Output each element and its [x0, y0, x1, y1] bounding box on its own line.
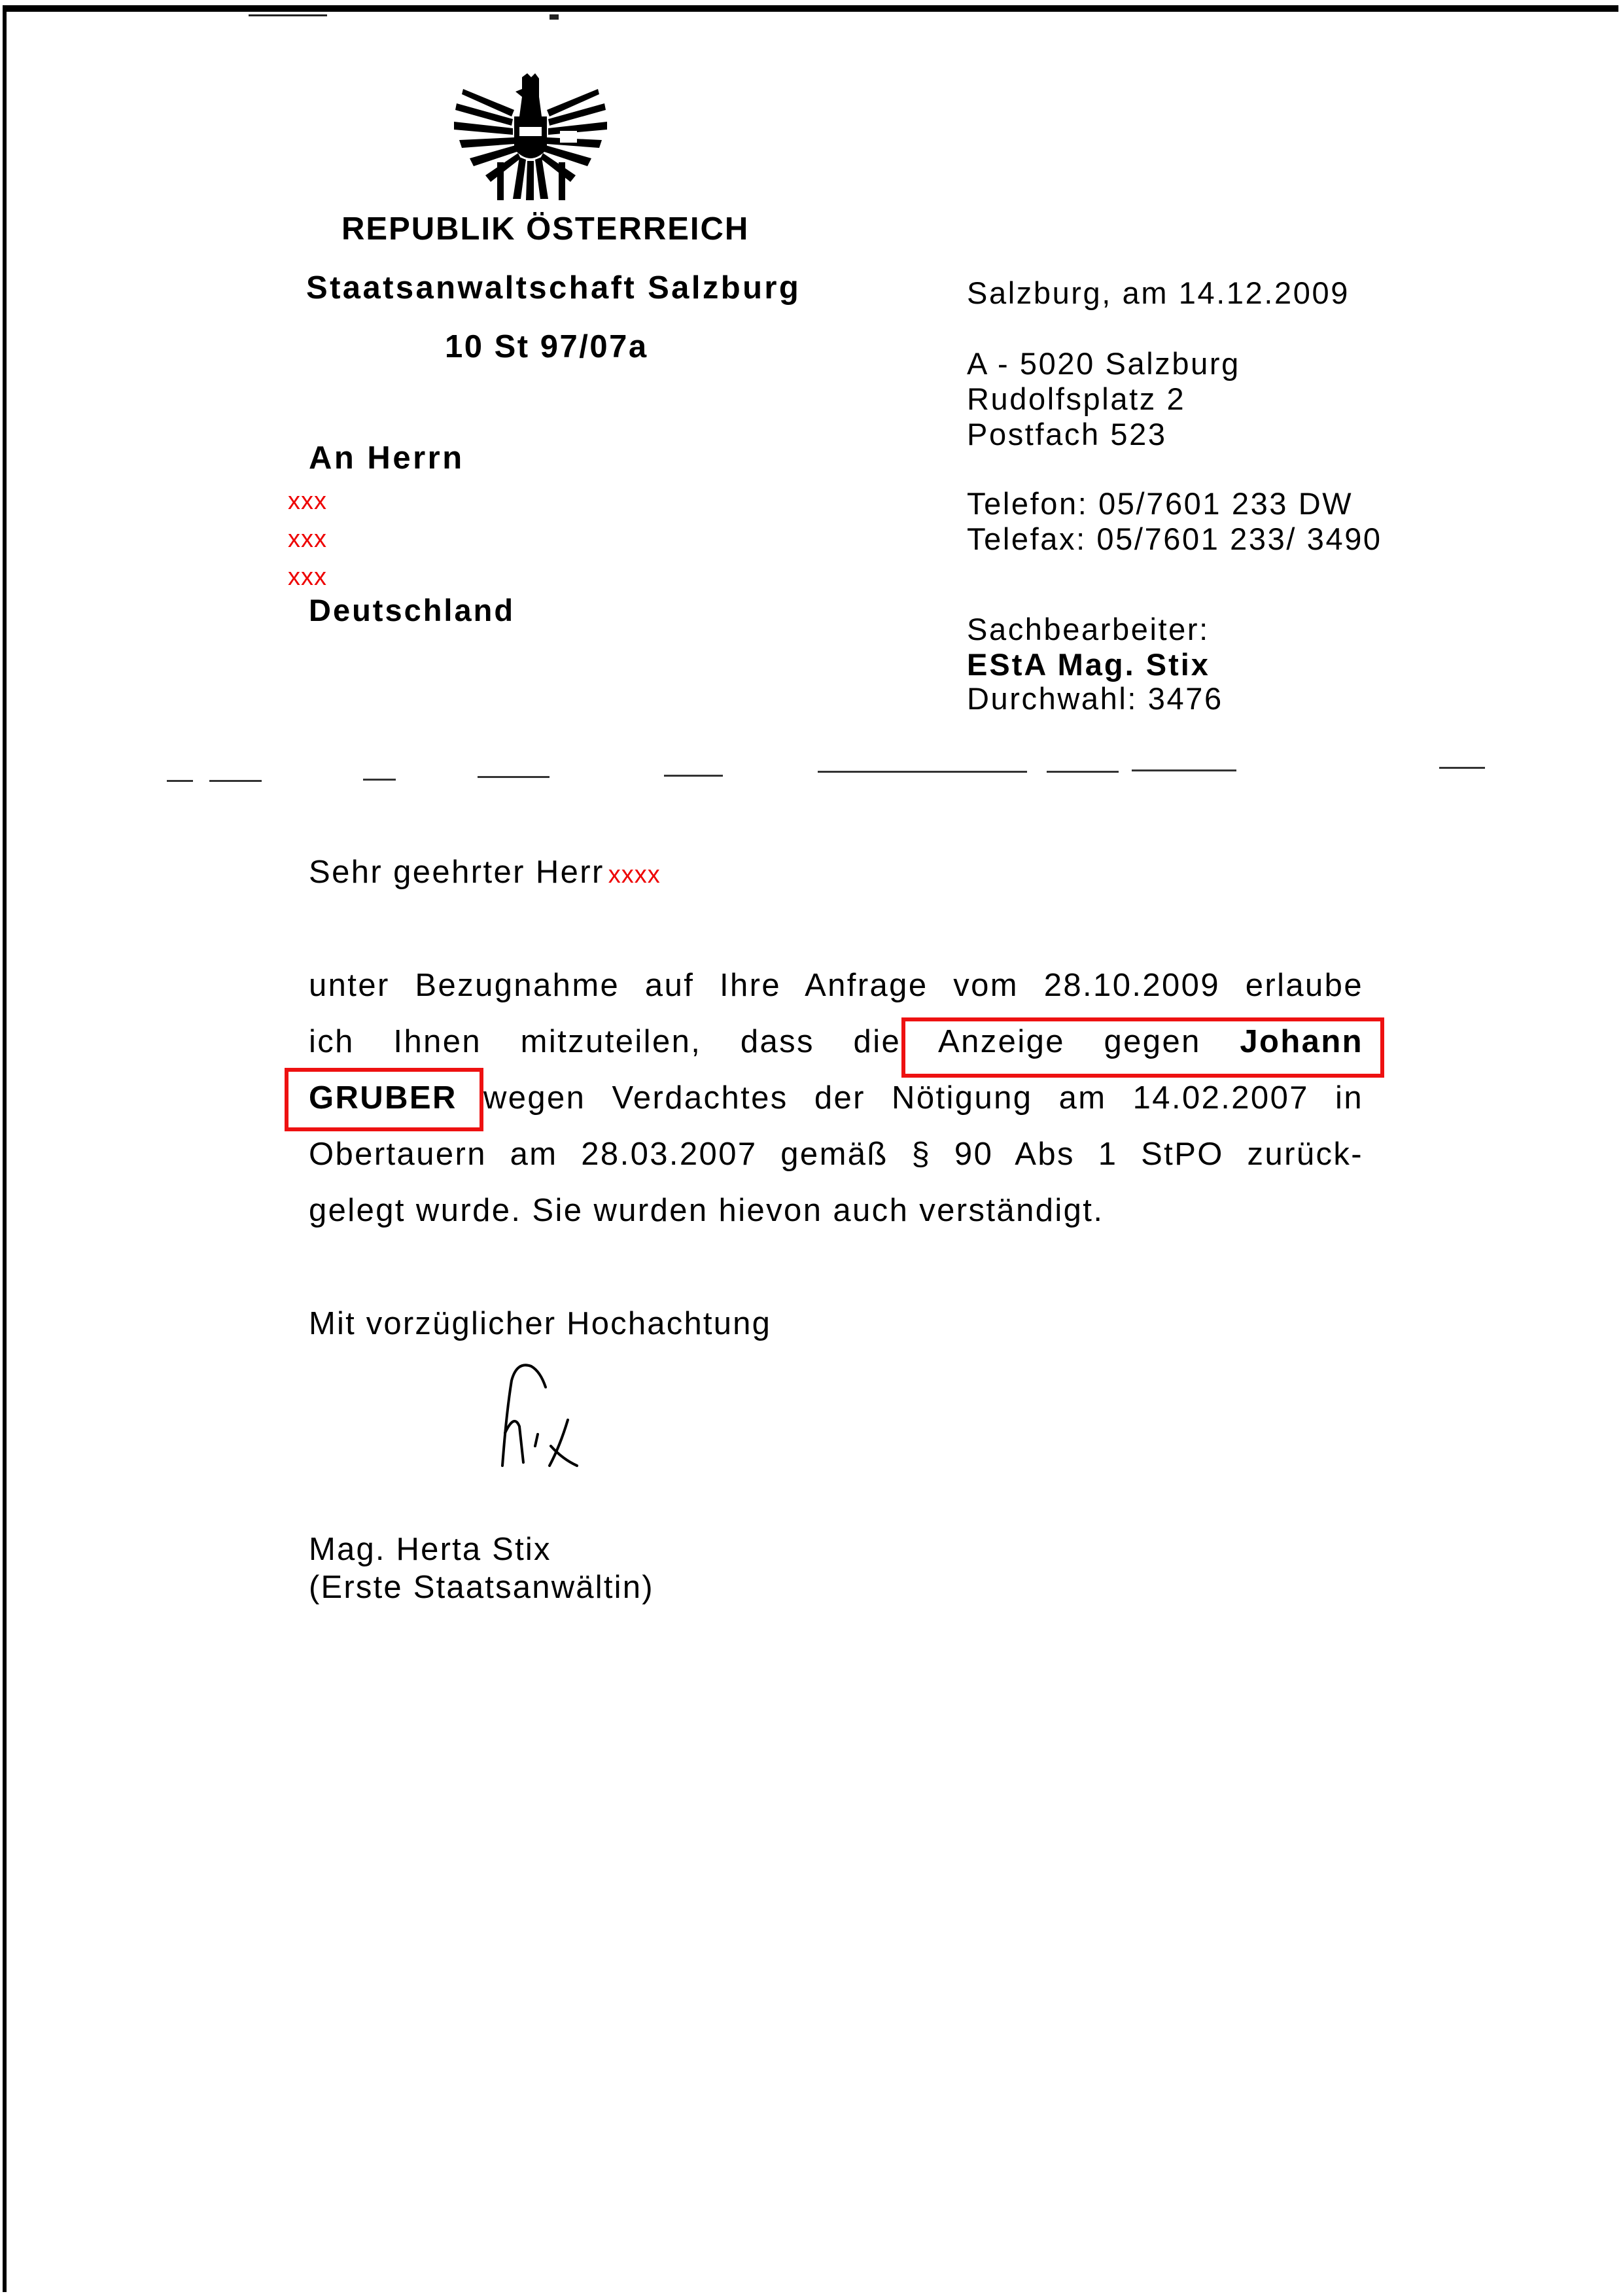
sender-address-line: Postfach 523 — [967, 416, 1167, 452]
salutation-text: Sehr geehrter Herr — [309, 855, 604, 890]
sender-phone: Telefon: 05/7601 233 DW — [967, 486, 1353, 521]
body-line-4: Obertauern am 28.03.2007 gemäß § 90 Abs … — [309, 1136, 1363, 1173]
scan-artifact — [249, 14, 327, 16]
recipient-label: An Herrn — [309, 440, 464, 476]
signer-name: Mag. Herta Stix — [309, 1531, 551, 1568]
recipient-redacted-line: xxx — [288, 525, 327, 554]
closing-phrase: Mit vorzüglicher Hochachtung — [309, 1305, 771, 1342]
recipient-redacted-line: xxx — [288, 563, 327, 592]
letterhead-country: REPUBLIK ÖSTERREICH — [341, 211, 749, 247]
recipient-country: Deutschland — [309, 592, 515, 628]
divider-line — [664, 775, 723, 777]
austrian-eagle-emblem-icon — [450, 71, 610, 202]
clerk-name: EStA Mag. Stix — [967, 646, 1210, 682]
highlight-box-anzeige-johann — [901, 1017, 1384, 1078]
divider-line — [209, 780, 262, 782]
case-reference: 10 St 97/07a — [445, 328, 648, 365]
scan-artifact — [550, 14, 559, 20]
clerk-label: Sachbearbeiter: — [967, 611, 1210, 647]
body-line-5: gelegt wurde. Sie wurden hievon auch ver… — [309, 1192, 1363, 1229]
letterhead-office: Staatsanwaltschaft Salzburg — [306, 270, 801, 306]
clerk-extension: Durchwahl: 3476 — [967, 680, 1223, 716]
sender-address-line: A - 5020 Salzburg — [967, 345, 1240, 381]
body-text: ich Ihnen mitzuteilen, dass die — [309, 1024, 901, 1059]
body-text: wegen Verdachtes der Nötigung am 14.02.2… — [483, 1080, 1363, 1116]
divider-line — [1439, 767, 1485, 769]
signer-title: (Erste Staatsanwältin) — [309, 1569, 654, 1606]
recipient-redacted-line: xxx — [288, 487, 327, 516]
page-border-left — [3, 5, 7, 2292]
salutation-redacted-name: xxxx — [608, 861, 661, 889]
sender-address-line: Rudolfsplatz 2 — [967, 381, 1185, 417]
divider-line — [167, 780, 193, 782]
sender-fax: Telefax: 05/7601 233/ 3490 — [967, 521, 1382, 557]
highlight-box-gruber — [285, 1068, 483, 1131]
handwritten-signature-icon — [497, 1361, 628, 1475]
body-line-1: unter Bezugnahme auf Ihre Anfrage vom 28… — [309, 967, 1363, 1004]
divider-line — [1047, 771, 1119, 773]
divider-line — [478, 776, 550, 778]
place-date: Salzburg, am 14.12.2009 — [967, 275, 1350, 311]
divider-line — [1132, 769, 1236, 771]
page-border-top — [3, 5, 1618, 12]
salutation: Sehr geehrter Herrxxxx — [309, 854, 661, 891]
divider-line — [363, 779, 396, 781]
divider-line — [818, 771, 1027, 773]
